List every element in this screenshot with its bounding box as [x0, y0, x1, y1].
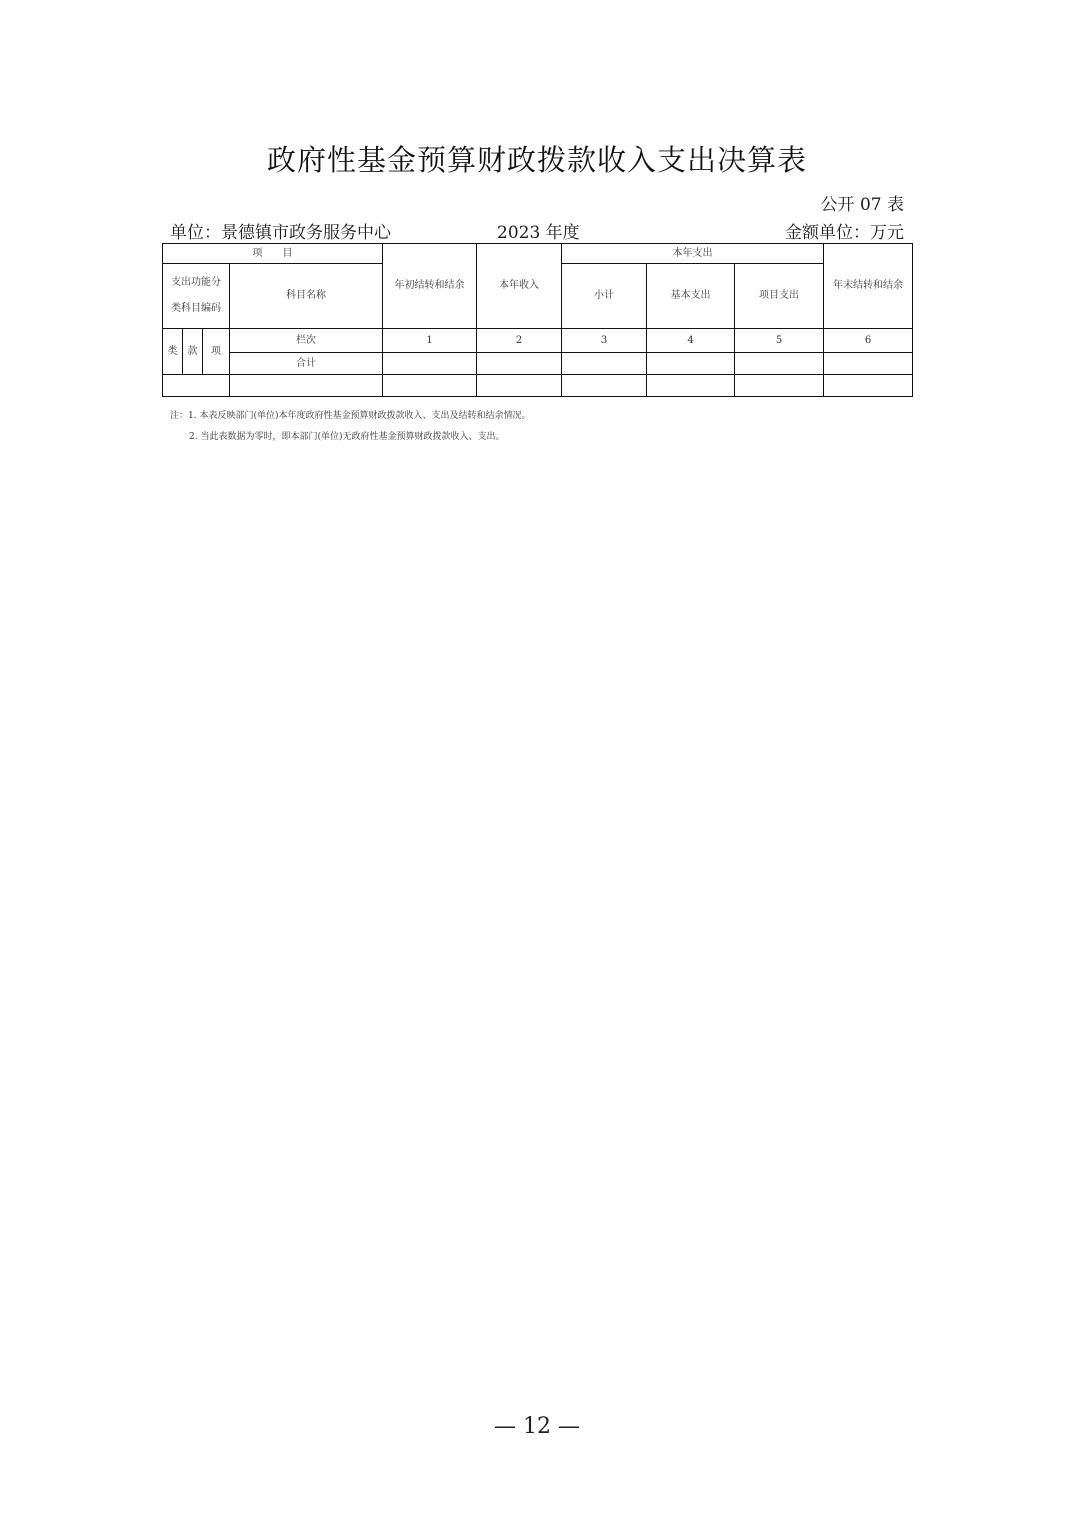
total-cell [477, 353, 562, 375]
header-subject-name: 科目名称 [230, 264, 383, 329]
amount-unit: 金额单位：万元 [785, 218, 904, 243]
row-cell [735, 375, 824, 397]
note-2: 2. 当此表数据为零时，即本部门(单位)无政府性基金预算财政拨款收入、支出。 [170, 427, 530, 448]
header-subtotal: 小计 [562, 264, 647, 329]
note-1: 注：1. 本表反映部门(单位)本年度政府性基金预算财政拨款收入、支出及结转和结余… [170, 406, 530, 427]
header-xiang: 项 [203, 329, 230, 375]
column-number: 1 [383, 329, 477, 353]
total-cell [735, 353, 824, 375]
row-cell [562, 375, 647, 397]
column-number: 2 [477, 329, 562, 353]
column-number: 4 [647, 329, 735, 353]
table-row [163, 375, 913, 397]
budget-table: 项 目 年初结转和结余 本年收入 本年支出 年末结转和结余 支出功能分 类科目编… [162, 243, 913, 397]
header-code: 支出功能分 类科目编码 [163, 264, 230, 329]
row-cell [824, 375, 913, 397]
header-closing-balance: 年末结转和结余 [824, 244, 913, 329]
row-cell [383, 375, 477, 397]
header-code-line2: 类科目编码 [163, 296, 229, 322]
total-cell [562, 353, 647, 375]
total-label: 合计 [230, 353, 383, 375]
reporting-unit: 单位：景德镇市政务服务中心 [170, 218, 391, 243]
column-number: 5 [735, 329, 824, 353]
header-lei: 类 [163, 329, 183, 375]
header-item: 项 目 [163, 244, 383, 264]
total-cell [824, 353, 913, 375]
document-title: 政府性基金预算财政拨款收入支出决算表 [0, 138, 1074, 179]
header-project-expense: 项目支出 [735, 264, 824, 329]
header-basic-expense: 基本支出 [647, 264, 735, 329]
total-cell [383, 353, 477, 375]
header-code-line1: 支出功能分 [163, 270, 229, 296]
total-cell [647, 353, 735, 375]
row-cell [647, 375, 735, 397]
row-name [230, 375, 383, 397]
row-code [163, 375, 230, 397]
row-cell [477, 375, 562, 397]
header-kuan: 款 [183, 329, 203, 375]
page-number: — 12 — [0, 1414, 1074, 1439]
column-number: 6 [824, 329, 913, 353]
header-current-expense: 本年支出 [562, 244, 824, 264]
header-opening-balance: 年初结转和结余 [383, 244, 477, 329]
form-number: 公开 07 表 [821, 190, 904, 215]
column-number: 3 [562, 329, 647, 353]
table-notes: 注：1. 本表反映部门(单位)本年度政府性基金预算财政拨款收入、支出及结转和结余… [170, 406, 530, 448]
header-current-income: 本年收入 [477, 244, 562, 329]
fiscal-year: 2023 年度 [497, 218, 580, 243]
column-row-label: 栏次 [230, 329, 383, 353]
